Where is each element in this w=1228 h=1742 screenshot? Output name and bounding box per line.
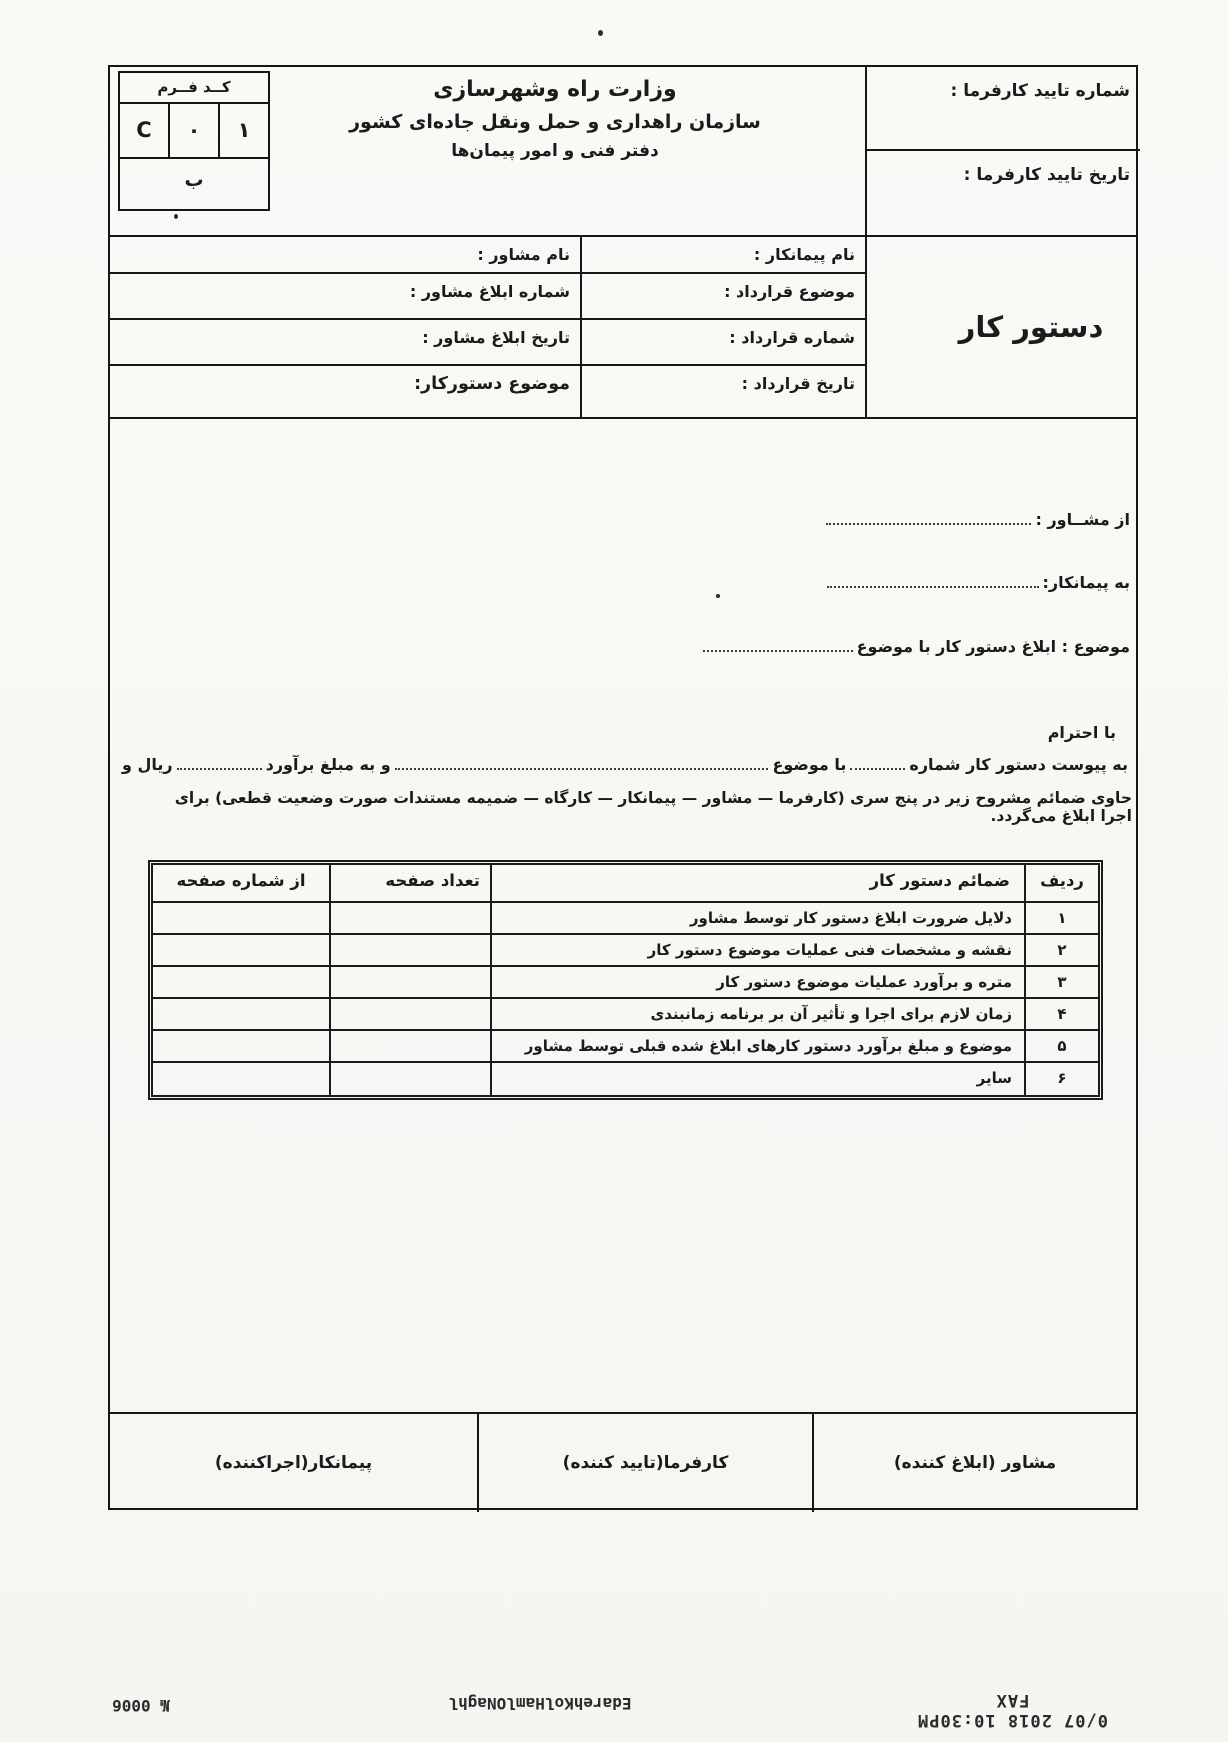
- contract-number-label: شماره قرارداد :: [580, 320, 865, 366]
- form-code-cell-0: ۰: [168, 104, 218, 157]
- attachment-line: به پیوست دستور کار شماره با موضوع و به م…: [122, 755, 1128, 774]
- consultant-notice-date-label: تاریخ ابلاغ مشاور :: [110, 320, 580, 366]
- signature-consultant: مشاور (ابلاغ کننده): [814, 1414, 1136, 1512]
- pages-cell: [331, 1063, 492, 1095]
- signature-employer: کارفرما(تایید کننده): [479, 1414, 814, 1512]
- annex-row-number: ۱: [1026, 903, 1098, 935]
- ministry-heading: وزارت راه وشهرسازی سازمان راهداری و حمل …: [270, 77, 840, 161]
- form-code-title: کــد فــرم: [120, 73, 268, 104]
- from-page-cell: [153, 903, 331, 935]
- annex-item: متره و برآورد عملیات موضوع دستور کار: [492, 967, 1026, 999]
- salutation: با احترام: [1048, 723, 1116, 742]
- contract-date-label: تاریخ قرارداد :: [580, 366, 865, 417]
- annex-row-number: ۵: [1026, 1031, 1098, 1063]
- consultant-notice-number-label: شماره ابلاغ مشاور :: [110, 274, 580, 320]
- dotted-line: [827, 584, 1039, 588]
- dotted-line: [395, 766, 769, 770]
- annex-item: دلایل ضرورت ابلاغ دستور کار توسط مشاور: [492, 903, 1026, 935]
- organization-name: سازمان راهداری و حمل ونقل جاده‌ای کشور: [270, 111, 840, 133]
- attachment-part-4: ریال و: [122, 755, 173, 774]
- column-header-item: ضمائم دستور کار: [492, 865, 1026, 903]
- column-header-pages: تعداد صفحه: [331, 865, 492, 903]
- annex-item: زمان لازم برای اجرا و تأثیر آن بر برنامه…: [492, 999, 1026, 1031]
- annex-item: سایر: [492, 1063, 1026, 1095]
- pages-cell: [331, 999, 492, 1031]
- annex-row-number: ۴: [1026, 999, 1098, 1031]
- office-name: دفتر فنی و امور پیمان‌ها: [270, 141, 840, 161]
- scanned-document-page: شماره تایید کارفرما : تاریخ تایید کارفرم…: [0, 0, 1228, 1742]
- contract-subject-label: موضوع قرارداد :: [580, 274, 865, 320]
- from-consultant-line: از مشــاور :: [822, 510, 1130, 529]
- annex-item: موضوع و مبلغ برآورد دستور کارهای ابلاغ ش…: [492, 1031, 1026, 1063]
- pages-cell: [331, 1031, 492, 1063]
- work-order-title: دستور کار: [865, 237, 1140, 417]
- form-code-suffix: ب: [120, 159, 268, 207]
- form-code-cell-c: C: [120, 104, 168, 157]
- fax-timestamp: 0/07 2018 10:30PM FAX: [895, 1690, 1130, 1730]
- contractor-name-label: نام پیمانکار :: [580, 237, 865, 274]
- attachment-part-1: به پیوست دستور کار شماره: [909, 755, 1128, 774]
- employer-approval-number-label: شماره تایید کارفرما :: [867, 67, 1140, 151]
- dotted-line: [826, 521, 1031, 525]
- dotted-line: [850, 766, 905, 770]
- from-page-cell: [153, 935, 331, 967]
- pages-cell: [331, 935, 492, 967]
- to-contractor-label: به پیمانکار:: [1043, 573, 1130, 592]
- dotted-line: [703, 648, 853, 652]
- from-page-cell: [153, 1063, 331, 1095]
- form-frame: شماره تایید کارفرما : تاریخ تایید کارفرم…: [108, 65, 1138, 1510]
- fields-divider: [110, 417, 1136, 419]
- from-page-cell: [153, 999, 331, 1031]
- annex-row-number: ۲: [1026, 935, 1098, 967]
- subject-label: موضوع : ابلاغ دستور کار با موضوع: [857, 637, 1130, 656]
- form-code-cells: C ۰ ۱: [120, 104, 268, 159]
- annex-row-number: ۳: [1026, 967, 1098, 999]
- employer-approval-block: شماره تایید کارفرما : تاریخ تایید کارفرم…: [865, 67, 1140, 235]
- contract-fields: نام مشاور : نام پیمانکار : شماره ابلاغ م…: [110, 237, 865, 417]
- ministry-name: وزارت راه وشهرسازی: [270, 77, 840, 102]
- signature-row: پیمانکار(اجراکننده) کارفرما(تایید کننده)…: [110, 1412, 1136, 1512]
- form-code-box: کــد فــرم C ۰ ۱ ب: [118, 71, 270, 211]
- pages-cell: [331, 903, 492, 935]
- consultant-name-label: نام مشاور :: [110, 237, 580, 274]
- from-page-cell: [153, 1031, 331, 1063]
- work-order-subject-label: موضوع دستورکار:: [110, 366, 580, 417]
- annex-row-number: ۶: [1026, 1063, 1098, 1095]
- column-header-from-page: از شماره صفحه: [153, 865, 331, 903]
- from-consultant-label: از مشــاور :: [1035, 510, 1130, 529]
- subject-line: موضوع : ابلاغ دستور کار با موضوع: [699, 637, 1130, 656]
- employer-approval-date-label: تاریخ تایید کارفرما :: [867, 151, 1140, 235]
- from-page-cell: [153, 967, 331, 999]
- attachment-part-2: با موضوع: [772, 755, 846, 774]
- fax-page-number: № 0006: [86, 1696, 196, 1715]
- form-code-cell-1: ۱: [218, 104, 268, 157]
- annex-item: نقشه و مشخصات فنی عملیات موضوع دستور کار: [492, 935, 1026, 967]
- column-header-row: ردیف: [1026, 865, 1098, 903]
- dotted-line: [177, 766, 262, 770]
- annex-table: از شماره صفحه تعداد صفحه ضمائم دستور کار…: [148, 860, 1103, 1100]
- fax-sender-id: EdarehKolHamlONaghl: [425, 1694, 655, 1713]
- signature-contractor: پیمانکار(اجراکننده): [110, 1414, 479, 1512]
- attachment-part-3: و به مبلغ برآورد: [266, 755, 391, 774]
- to-contractor-line: به پیمانکار:: [823, 573, 1130, 592]
- annex-note: حاوی ضمائم مشروح زیر در پنج سری (کارفرما…: [150, 789, 1132, 825]
- scan-speck: [598, 30, 603, 36]
- pages-cell: [331, 967, 492, 999]
